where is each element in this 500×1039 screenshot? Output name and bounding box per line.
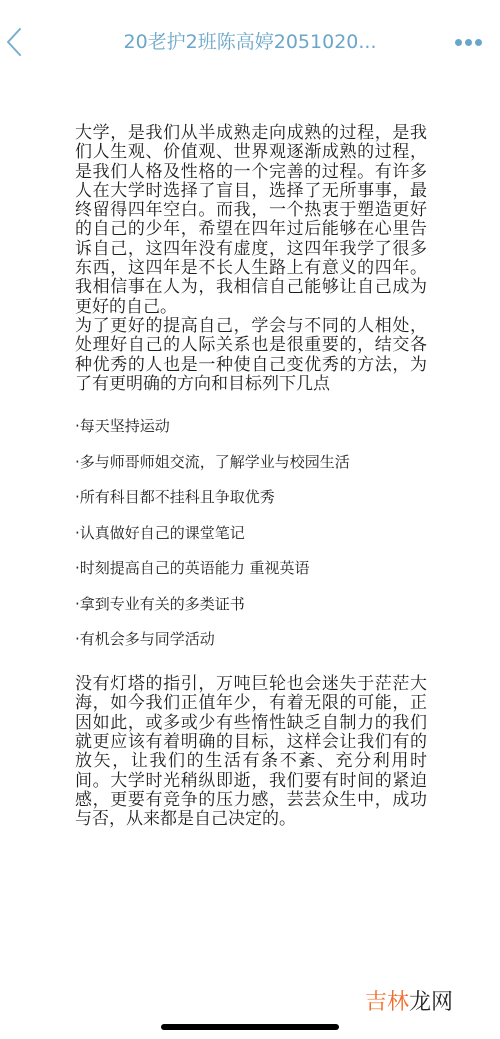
more-dots-icon (455, 39, 462, 46)
home-indicator[interactable] (161, 1024, 339, 1030)
intro-paragraph-1: 大学，是我们从半成熟走向成熟的过程，是我们人生观、价值观、世界观逐渐成熟的过程，… (75, 124, 427, 317)
chat-title: 20老护2班陈高婷2051020... (60, 28, 440, 56)
article-content: 大学，是我们从半成熟走向成熟的过程，是我们人生观、价值观、世界观逐渐成熟的过程，… (75, 124, 427, 830)
navigation-bar: 20老护2班陈高婷2051020... (0, 0, 500, 85)
more-dots-icon (465, 39, 472, 46)
more-options-button[interactable] (455, 35, 485, 49)
goal-item: ·每天坚持运动 (75, 417, 427, 436)
watermark-part-2: 龙网 (409, 990, 453, 1015)
intro-paragraph-2: 为了更好的提高自己，学会与不同的人相处，处理好自己的人际关系也是很重要的，结交各… (75, 317, 427, 394)
goal-item: ·认真做好自己的课堂笔记 (75, 524, 427, 543)
goal-item: ·所有科目都不挂科且争取优秀 (75, 488, 427, 507)
goal-item: ·多与师哥师姐交流，了解学业与校园生活 (75, 453, 427, 472)
back-button[interactable] (2, 26, 26, 58)
goal-item: ·拿到专业有关的多类证书 (75, 595, 427, 614)
goals-list: ·每天坚持运动 ·多与师哥师姐交流，了解学业与校园生活 ·所有科目都不挂科且争取… (75, 417, 427, 649)
chevron-left-icon (2, 26, 26, 58)
watermark-logo: 吉林龙网 (365, 990, 453, 1016)
watermark-part-1: 吉林 (365, 990, 409, 1015)
goal-item: ·有机会多与同学活动 (75, 630, 427, 649)
closing-paragraph: 没有灯塔的指引，万吨巨轮也会迷失于茫茫大海，如今我们正值年少，有着无限的可能，正… (75, 675, 427, 829)
goal-item: ·时刻提高自己的英语能力 重视英语 (75, 559, 427, 578)
more-dots-icon (475, 39, 482, 46)
